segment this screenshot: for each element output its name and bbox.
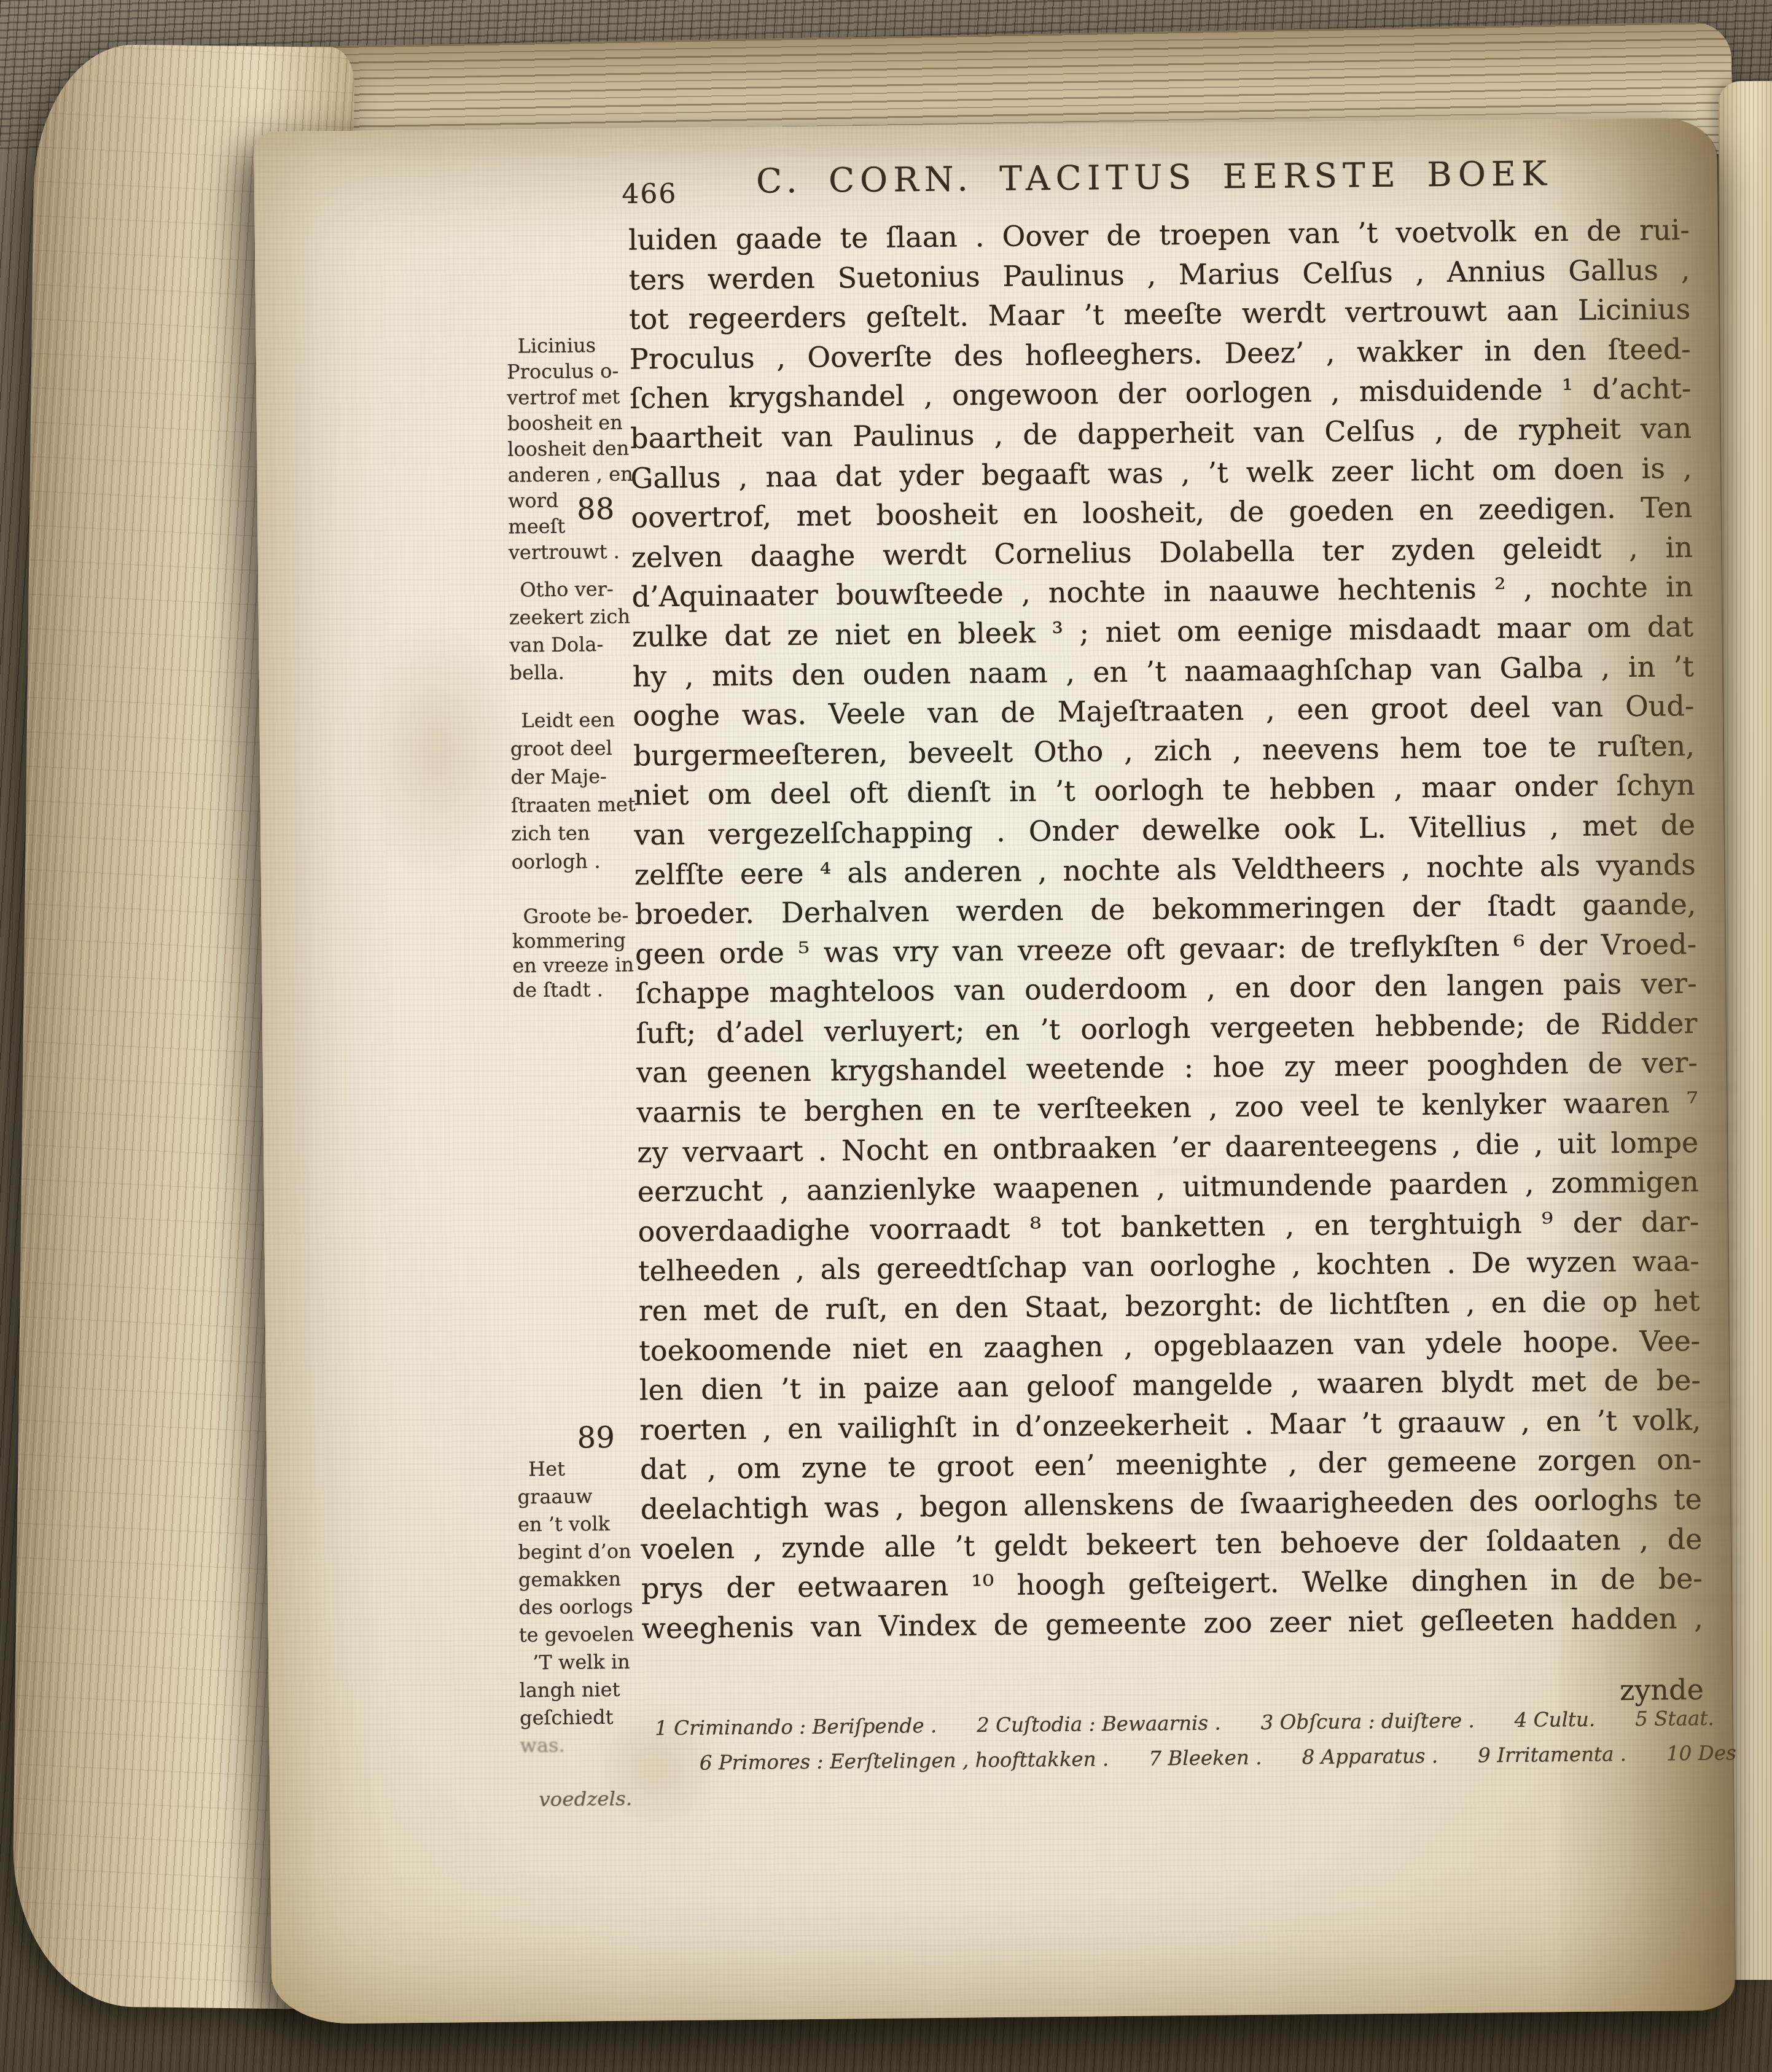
- margin-note-line: geſchiedt: [520, 1704, 646, 1732]
- margin-note-line: ’T welk in: [519, 1648, 645, 1677]
- margin-note-line: kommering: [512, 928, 638, 954]
- margin-note: LiciniusProculus o-vertrof metboosheit e…: [506, 332, 634, 566]
- margin-note-line: begint d’on: [518, 1538, 644, 1567]
- margin-note-line: word: [508, 487, 634, 514]
- footnote-line: voedzels.: [539, 1782, 632, 1817]
- margin-note-line: was.: [520, 1731, 646, 1759]
- open-book-page: 466 C. CORN. TACITUS EERSTE BOEK Liciniu…: [254, 118, 1735, 2025]
- margin-note-line: van Dola-: [509, 631, 635, 660]
- margin-note-line: der Maje-: [510, 762, 636, 792]
- page-number: 466: [622, 178, 677, 210]
- margin-note-line: vertrouwt .: [509, 539, 634, 566]
- running-title: C. CORN. TACITUS EERSTE BOEK: [684, 153, 1625, 201]
- margin-note: Het graauwen ’t volkbegint d’ongemakkend…: [517, 1455, 646, 1760]
- printed-content: 466 C. CORN. TACITUS EERSTE BOEK Liciniu…: [254, 118, 1735, 2025]
- margin-note-line: Otho ver-: [509, 575, 634, 604]
- margin-note-line: anderen , en: [507, 461, 633, 488]
- margin-note-line: vertrof met: [507, 384, 633, 411]
- margin-note-line: bella.: [510, 658, 636, 687]
- margin-note-line: Het graauw: [517, 1455, 644, 1511]
- margin-note-line: Groote be-: [512, 903, 638, 929]
- margin-note-line: groot deel: [510, 734, 636, 763]
- margin-note-line: Proculus o-: [507, 358, 633, 385]
- margin-note-line: de ſtadt .: [513, 977, 639, 1003]
- section-number: 88: [577, 492, 615, 527]
- margin-note-line: en vreeze in: [512, 952, 638, 978]
- book-photo: 466 C. CORN. TACITUS EERSTE BOEK Liciniu…: [0, 0, 1772, 2072]
- margin-note-line: meeſt: [508, 513, 634, 540]
- body-text-block: luiden gaade te ſlaan . Oover de troepen…: [628, 210, 1703, 1648]
- margin-note: Groote be-kommeringen vreeze inde ſtadt …: [512, 903, 639, 1003]
- margin-note-line: Leidt een: [510, 706, 636, 735]
- margin-note-line: ſtraaten met: [511, 790, 637, 820]
- margin-note-line: gemakken: [518, 1565, 644, 1594]
- margin-note-line: loosheit den: [507, 435, 633, 462]
- section-number: 89: [577, 1420, 615, 1455]
- margin-note-line: zich ten: [511, 819, 637, 848]
- margin-note-line: boosheit en: [507, 410, 633, 437]
- margin-note: Leidt eengroot deelder Maje-ſtraaten met…: [510, 706, 638, 876]
- footnotes-block: 1 Criminando : Beriſpende . 2 Cuſtodia :…: [655, 1700, 1767, 1781]
- margin-note-line: des oorlogs: [518, 1593, 644, 1622]
- margin-note-line: zeekert zich: [509, 603, 635, 632]
- margin-note-line: oorlogh .: [511, 847, 637, 876]
- margin-note-line: en ’t volk: [518, 1510, 644, 1539]
- margin-note-line: te gevoelen: [519, 1621, 645, 1649]
- margin-note-line: langh niet: [519, 1676, 645, 1705]
- margin-note-line: Licinius: [506, 332, 632, 359]
- margin-note: Otho ver-zeekert zichvan Dola-bella.: [509, 575, 636, 687]
